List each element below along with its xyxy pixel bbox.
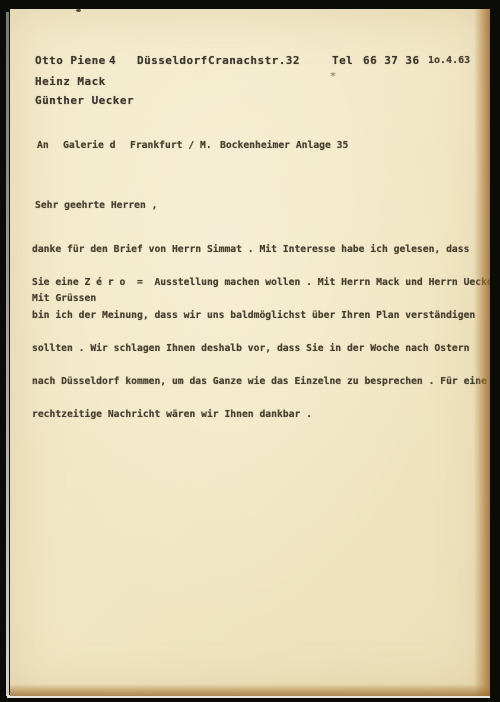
paper-aged-right-edge [474, 9, 490, 696]
telephone-label: Tel [332, 54, 353, 67]
body-line: rechtzeitige Nachricht wären wir Ihnen d… [32, 409, 490, 420]
body-line: bin ich der Meinung, dass wir uns baldmö… [32, 310, 490, 321]
letter-body: danke für den Brief von Herrn Simmat . M… [32, 222, 490, 442]
closing: Mit Grüssen [32, 293, 96, 304]
body-line: Sie eine Z é r o = Ausstellung machen wo… [32, 277, 490, 288]
paper-speck [76, 9, 81, 12]
body-line: sollten . Wir schlagen Ihnen deshalb vor… [32, 343, 490, 354]
body-line: nach Düsseldorf kommen, um das Ganze wie… [32, 376, 490, 387]
recipient-to-label: An [37, 140, 49, 151]
recipient-city: Frankfurt / M. [130, 140, 212, 151]
sender-city: Düsseldorf [137, 54, 208, 67]
scanned-letter: Otto Piene 4 Düsseldorf Cranachstr.32 Te… [0, 0, 500, 702]
recipient-name: Galerie d [63, 140, 116, 151]
body-line: danke für den Brief von Herrn Simmat . M… [32, 244, 490, 255]
sender-name-mack: Heinz Mack [35, 75, 106, 88]
sender-name-uecker: Günther Uecker [35, 94, 134, 107]
recipient-street: Bockenheimer Anlage 35 [220, 140, 348, 151]
telephone-number: 66 37 36 [363, 54, 420, 67]
salutation: Sehr geehrte Herren , [35, 200, 157, 211]
sender-postal-code: 4 [109, 54, 116, 67]
stray-typewriter-mark: * [330, 71, 336, 82]
scanner-edge-left [6, 12, 9, 696]
letter-paper: Otto Piene 4 Düsseldorf Cranachstr.32 Te… [10, 9, 490, 696]
letter-date: 1o.4.63 [428, 55, 470, 66]
paper-aged-bottom-edge [10, 684, 490, 696]
sender-street: Cranachstr.32 [208, 54, 300, 67]
sender-name-piene: Otto Piene [35, 54, 106, 67]
